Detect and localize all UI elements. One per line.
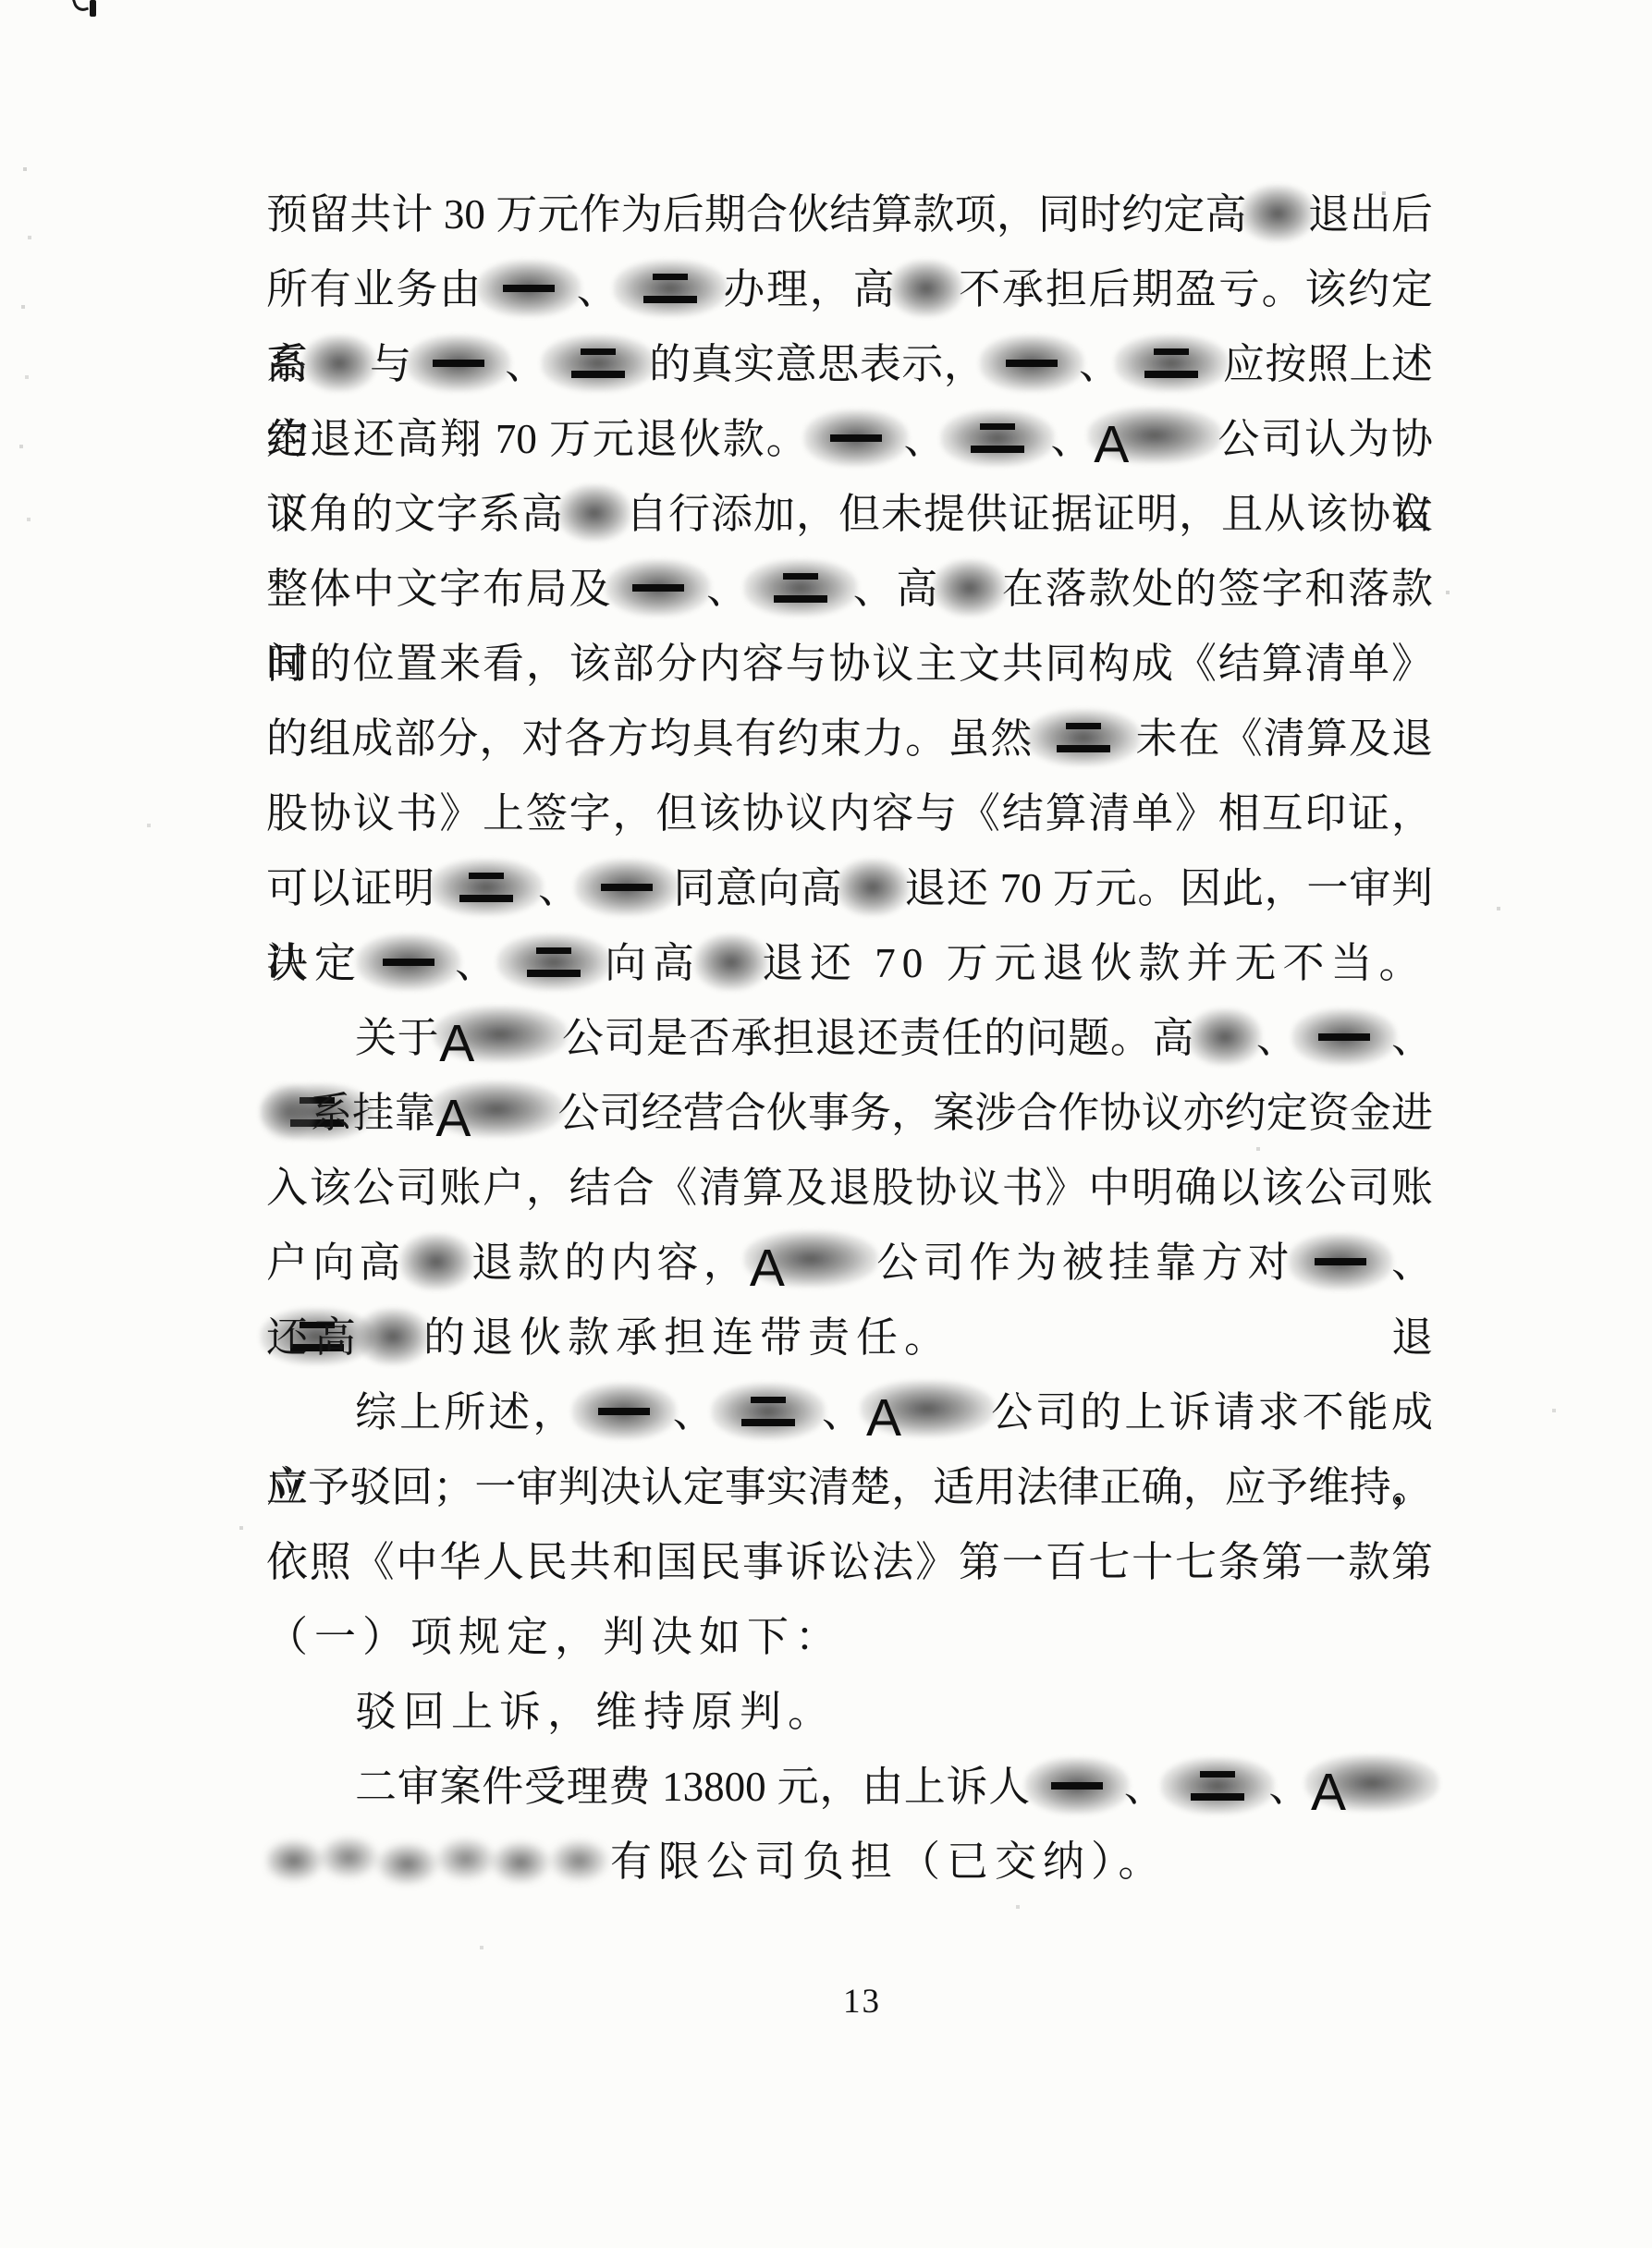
redacted-name (309, 339, 370, 387)
redacted-name (1247, 189, 1308, 238)
redacted-name-one (1298, 1013, 1390, 1061)
text-line: （一）项规定，判决如下： (266, 1600, 1433, 1675)
redacted-name-one (612, 564, 704, 612)
text-line: 间的位置来看，该部分内容与协议主文共同构成《结算清单》 (266, 627, 1433, 702)
text-run: 股协议书》上签字，但该协议内容与《结算清单》相互印证， (266, 790, 1433, 837)
text-run: 、高 (851, 566, 939, 612)
text-run: 与 (370, 341, 412, 387)
text-run: 综上所述， (355, 1389, 578, 1436)
text-line: 应予驳回；一审判决认定事实清楚，适用法律正确，应予维持。 (266, 1450, 1433, 1525)
text-run: （一）项规定，判决如下： (266, 1614, 843, 1660)
redacted-company-a: A (866, 1385, 988, 1433)
redacted-name-one (1031, 1762, 1123, 1810)
text-run: 、 (902, 416, 948, 462)
scan-dust-specks (0, 0, 2, 2)
judgment-page-scan: 预留共计 30 万元作为后期合伙结算款项，同时约定高退出后所有业务由、办理，高不… (0, 0, 1652, 2248)
redacted-name (362, 1313, 423, 1361)
text-run: 、 (819, 1389, 866, 1436)
text-run: 公司是否承担退还责任的问题。高 (561, 1015, 1194, 1061)
redacted-name-two (947, 414, 1048, 462)
text-line: 驳回上诉，维持原判。 (266, 1675, 1433, 1750)
text-run: 公司作为被挂靠方对 (872, 1240, 1294, 1286)
text-run: 的组成部分，对各方均具有约束力。虽然 (266, 715, 1033, 762)
company-a-label: A (750, 1244, 785, 1292)
text-line: 股协议书》上签字，但该协议内容与《结算清单》相互印证， (266, 776, 1433, 851)
text-run: 间的位置来看，该部分内容与协议主文共同构成《结算清单》 (266, 641, 1433, 687)
redacted-name-fragment (266, 1088, 311, 1136)
redacted-name (1194, 1013, 1255, 1061)
text-line: 入该公司账户，结合《清算及退股协议书》中明确以该公司账 (266, 1151, 1433, 1226)
ink-mark (90, 0, 96, 17)
judgment-body-text: 预留共计 30 万元作为后期合伙结算款项，同时约定高退出后所有业务由、办理，高不… (266, 177, 1433, 1900)
text-run: 退款的内容， (467, 1240, 750, 1286)
redacted-name (701, 938, 762, 986)
text-run: 的真实意思表示， (649, 341, 986, 387)
text-run: 未在《清算及退 (1134, 715, 1433, 762)
text-run: 定退还高翔 70 万元退伙款。 (266, 416, 810, 462)
text-run: 、 (575, 266, 620, 312)
redacted-name-one (578, 1387, 670, 1436)
redacted-name (939, 564, 1000, 612)
text-run: 退出后 (1308, 191, 1433, 238)
redacted-name-one (483, 264, 575, 312)
text-run: 、 (537, 865, 581, 911)
text-run: 还高 (266, 1314, 362, 1361)
company-a-label: A (439, 1020, 474, 1068)
text-line: 户向高退款的内容，A公司作为被挂靠方对、退 (266, 1226, 1433, 1301)
text-line: 可以证明、同意向高退还 70 万元。因此，一审判决 (266, 851, 1433, 926)
text-run: 可以证明 (266, 865, 435, 911)
text-line: 关于A公司是否承担退还责任的问题。高、、 (266, 1001, 1433, 1076)
text-line: 预留共计 30 万元作为后期合伙结算款项，同时约定高退出后 (266, 177, 1433, 252)
text-line: 认定、向高退还 70 万元退伙款并无不当。 (266, 926, 1433, 1001)
company-a-label: A (435, 1094, 471, 1142)
text-line: 所有业务由、办理，高不承担后期盈亏。该约定系 (266, 252, 1433, 327)
text-run: 、 (1387, 1240, 1433, 1286)
redacted-name (406, 1238, 467, 1286)
text-run: 、 (1390, 1015, 1433, 1061)
text-run: 有限公司负担（已交纳）。 (610, 1839, 1167, 1885)
redacted-name-one (412, 339, 505, 387)
redacted-name-two (1167, 1762, 1268, 1810)
redacted-name (564, 489, 625, 537)
ink-mark (72, 0, 89, 14)
company-a-label: A (1311, 1768, 1346, 1816)
redacted-name-two (1120, 339, 1222, 387)
redacted-name-one (362, 938, 455, 986)
text-run: 认定 (266, 940, 362, 986)
text-run: 户向高 (266, 1240, 406, 1286)
redacted-name (896, 264, 957, 312)
text-run: 公司经营合伙事务，案涉合作协议亦约定资金进 (557, 1090, 1433, 1136)
text-run: 入该公司账户，结合《清算及退股协议书》中明确以该公司账 (266, 1165, 1433, 1211)
text-run: 的退伙款承担连带责任。 (423, 1314, 952, 1361)
text-line: 定退还高翔 70 万元退伙款。、、A公司认为协议右 (266, 402, 1433, 477)
text-run: 下角的文字系高 (266, 491, 564, 537)
text-run: 依照《中华人民共和国民事诉讼法》第一百七十七条第一款第 (266, 1539, 1433, 1585)
text-line: 依照《中华人民共和国民事诉讼法》第一百七十七条第一款第 (266, 1525, 1433, 1600)
redacted-name-two (1033, 714, 1134, 762)
redacted-name-two (717, 1387, 819, 1436)
redacted-name-one (985, 339, 1078, 387)
text-line: 的组成部分，对各方均具有约束力。虽然未在《清算及退 (266, 702, 1433, 776)
company-a-label: A (1094, 421, 1129, 469)
redacted-name-one (581, 863, 673, 911)
text-run: 二审案件受理费 13800 元，由上诉人 (355, 1764, 1031, 1810)
redacted-company-a: A (750, 1235, 872, 1283)
text-line: 高与、的真实意思表示，、应按照上述约 (266, 327, 1433, 402)
text-run: 办理，高 (721, 266, 896, 312)
page-number: 13 (843, 1980, 881, 2024)
redacted-name-two (547, 339, 649, 387)
text-run: 应予驳回；一审判决认定事实清楚，适用法律正确，应予维持。 (266, 1464, 1433, 1510)
redacted-name (842, 863, 903, 911)
redacted-company-a: A (439, 1010, 561, 1058)
redacted-company-name (266, 1837, 610, 1885)
redacted-company-a: A (435, 1085, 557, 1133)
text-run: 整体中文字布局及 (266, 566, 612, 612)
text-run: 关于 (355, 1015, 439, 1061)
text-run: 、 (1268, 1764, 1311, 1810)
text-run: 向高 (605, 940, 701, 986)
text-run: 、 (1123, 1764, 1166, 1810)
text-run: 所有业务由 (266, 266, 483, 312)
text-run: 自行添加，但未提供证据证明，且从该协议 (625, 491, 1433, 537)
redacted-name-one (1294, 1238, 1387, 1286)
text-line: 有限公司负担（已交纳）。 (266, 1825, 1433, 1900)
redacted-name-two (435, 863, 537, 911)
text-line: 二审案件受理费 13800 元，由上诉人、、A (266, 1750, 1433, 1825)
text-run: 、 (704, 566, 750, 612)
redacted-company-a: A (1311, 1759, 1433, 1807)
text-run: 系挂靠 (311, 1090, 435, 1136)
text-line: 整体中文字布局及、、高在落款处的签字和落款时 (266, 552, 1433, 627)
redacted-name-two (750, 564, 851, 612)
text-run: 、 (670, 1389, 717, 1436)
text-run: 同意向高 (673, 865, 843, 911)
redacted-name-two (619, 264, 721, 312)
text-line: 还高的退伙款承担连带责任。 (266, 1301, 1433, 1375)
text-run: 、 (505, 341, 547, 387)
text-run: 退还 70 万元退伙款并无不当。 (762, 940, 1427, 986)
text-run: 高 (266, 341, 309, 387)
company-a-label: A (866, 1394, 901, 1442)
text-line: 下角的文字系高自行添加，但未提供证据证明，且从该协议 (266, 477, 1433, 552)
redacted-name-one (810, 414, 902, 462)
text-run: 预留共计 30 万元作为后期合伙结算款项，同时约定高 (266, 191, 1247, 238)
text-line: 系挂靠A公司经营合伙事务，案涉合作协议亦约定资金进 (266, 1076, 1433, 1151)
text-line: 综上所述，、、A公司的上诉请求不能成立， (266, 1375, 1433, 1450)
text-run: 、 (1048, 416, 1094, 462)
redacted-name-two (503, 938, 605, 986)
redacted-company-a: A (1094, 411, 1216, 459)
text-run: 驳回上诉，维持原判。 (355, 1689, 836, 1735)
text-run: 、 (455, 940, 503, 986)
